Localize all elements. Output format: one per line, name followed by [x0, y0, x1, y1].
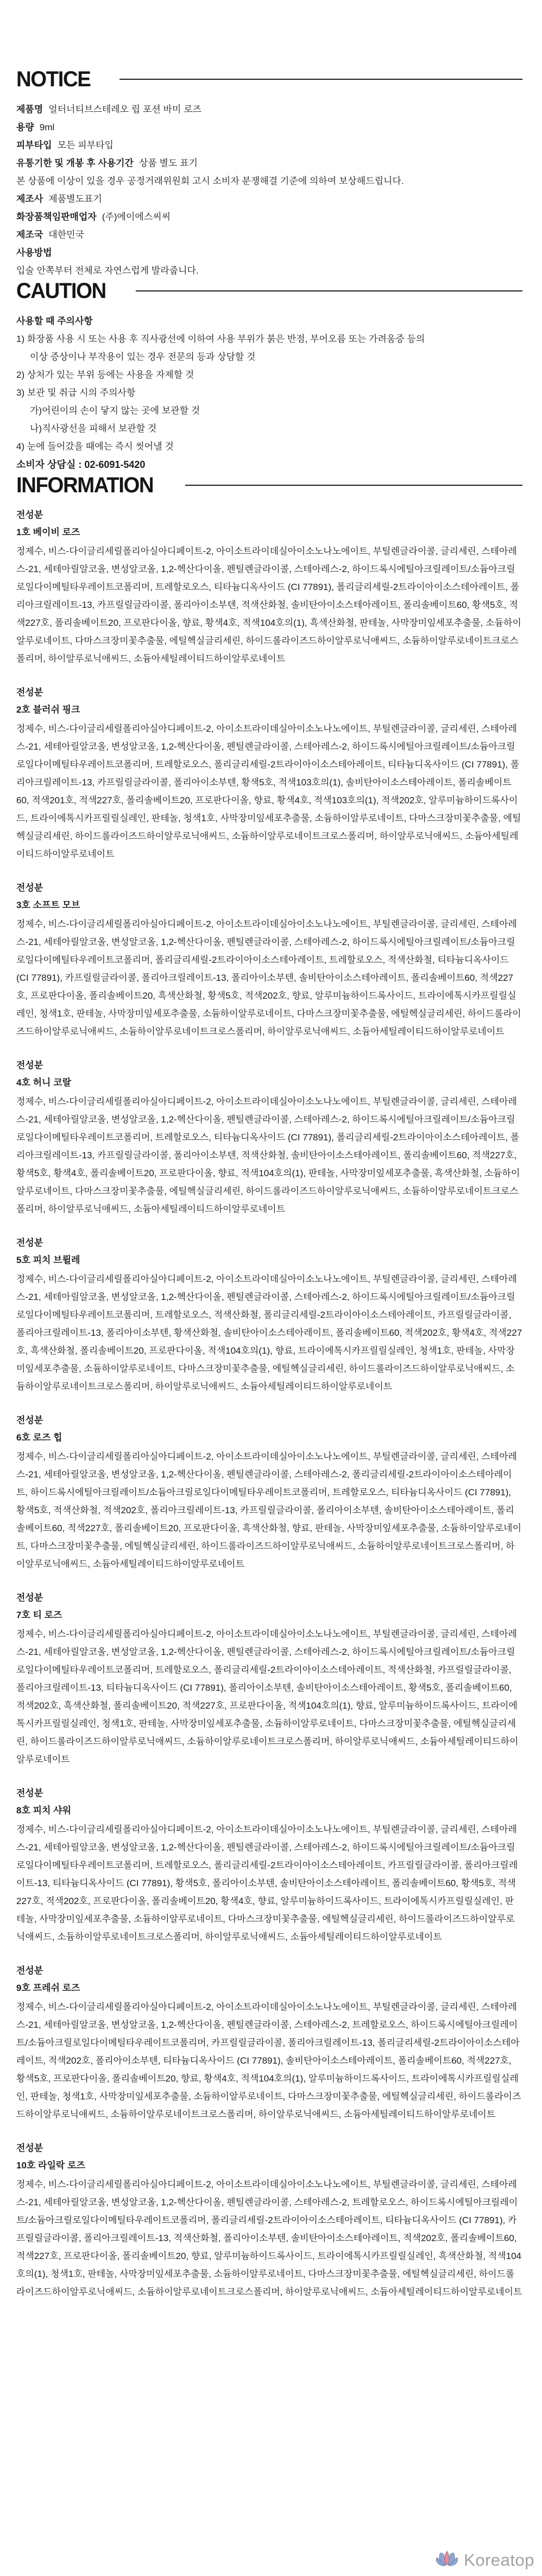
ingredients-label: 전성분: [16, 2140, 522, 2157]
customer-service-phone: 소비자 상담실 : 02-6091-5420: [16, 455, 522, 474]
notice-row-compensation: 본 상품에 이상이 있을 경우 공정거래위원회 고시 소비자 분쟁해결 기준에 …: [16, 172, 522, 190]
caution-item-1-cont: 이상 증상이나 부작용이 있는 경우 전문의 등과 상담할 것: [16, 348, 522, 366]
notice-header: NOTICE: [16, 68, 522, 91]
ingredients-text: 정제수, 비스-다이글리세릴폴리아실아디페이트-2, 아이소트라이데실아이소노나…: [16, 1093, 522, 1218]
ingredients-block-6: 전성분 6호 로즈 힙 정제수, 비스-다이글리세릴폴리아실아디페이트-2, 아…: [16, 1412, 522, 1573]
row-value: 상품 별도 표기: [139, 158, 198, 168]
row-label: 제조사: [16, 194, 43, 204]
ingredients-text: 정제수, 비스-다이글리세릴폴리아실아디페이트-2, 아이소트라이데실아이소노나…: [16, 1448, 522, 1573]
row-label: 피부타입: [16, 140, 52, 150]
shade-name: 3호 소프트 모브: [16, 897, 522, 914]
information-divider-line: [185, 485, 522, 486]
notice-divider-line: [119, 79, 522, 80]
information-title: INFORMATION: [16, 474, 153, 497]
shade-name: 5호 피치 브륄레: [16, 1252, 522, 1269]
shade-name: 8호 피치 샤워: [16, 1802, 522, 1819]
shade-name: 6호 로즈 힙: [16, 1429, 522, 1446]
notice-title: NOTICE: [16, 68, 90, 91]
shade-name: 9호 프레쉬 로즈: [16, 1979, 522, 1997]
row-label: 제조국: [16, 230, 43, 240]
row-value: 본 상품에 이상이 있을 경우 공정거래위원회 고시 소비자 분쟁해결 기준에 …: [16, 176, 404, 186]
shade-name: 2호 블러쉬 핑크: [16, 701, 522, 719]
row-label: 유통기한 및 개봉 후 사용기간: [16, 158, 134, 168]
caution-item-1: 1) 화장품 사용 시 또는 사용 후 직사광선에 이하여 사용 부위가 붉은 …: [16, 330, 522, 348]
notice-row-manufacturer: 제조사제품별도표기: [16, 190, 522, 208]
shade-name: 4호 허니 코랄: [16, 1074, 522, 1092]
ingredients-text: 정제수, 비스-다이글리세릴폴리아실아디페이트-2, 아이소트라이데실아이소노나…: [16, 542, 522, 668]
caution-item-3a: 가)어린이의 손이 닿지 않는 곳에 보관할 것: [16, 402, 522, 420]
notice-section: NOTICE 제품명얼터너티브스테레오 립 포션 바미 로즈 용량9ml 피부타…: [16, 68, 522, 280]
caution-item-2: 2) 상처가 있는 부위 등에는 사용을 자제할 것: [16, 366, 522, 384]
notice-row-usage-label: 사용방법: [16, 244, 522, 262]
notice-row-product-name: 제품명얼터너티브스테레오 립 포션 바미 로즈: [16, 100, 522, 118]
koreatop-watermark: Koreatop: [435, 2550, 534, 2569]
caution-divider-line: [136, 290, 522, 291]
ingredients-block-8: 전성분 8호 피치 샤워 정제수, 비스-다이글리세릴폴리아실아디페이트-2, …: [16, 1785, 522, 1946]
row-label: 용량: [16, 122, 34, 132]
information-section: INFORMATION 전성분 1호 베이비 로즈 정제수, 비스-다이글리세릴…: [16, 474, 522, 2301]
ingredients-label: 전성분: [16, 1234, 522, 1252]
ingredients-block-10: 전성분 10호 라일락 로즈 정제수, 비스-다이글리세릴폴리아실아디페이트-2…: [16, 2140, 522, 2301]
notice-row-expiry: 유통기한 및 개봉 후 사용기간상품 별도 표기: [16, 154, 522, 172]
notice-row-country: 제조국대한민국: [16, 226, 522, 244]
row-value: 9ml: [40, 122, 54, 132]
row-value: 모든 피부타입: [58, 140, 114, 150]
ingredients-text: 정제수, 비스-다이글리세릴폴리아실아디페이트-2, 아이소트라이데실아이소노나…: [16, 1625, 522, 1768]
ingredients-label: 전성분: [16, 506, 522, 524]
ingredients-block-2: 전성분 2호 블러쉬 핑크 정제수, 비스-다이글리세릴폴리아실아디페이트-2,…: [16, 684, 522, 863]
ingredients-label: 전성분: [16, 879, 522, 897]
notice-row-skin-type: 피부타입모든 피부타입: [16, 136, 522, 154]
notice-row-seller: 화장품책임판매업자(주)에이에스씨씨: [16, 208, 522, 226]
ingredients-label: 전성분: [16, 1785, 522, 1802]
ingredients-text: 정제수, 비스-다이글리세릴폴리아실아디페이트-2, 아이소트라이데실아이소노나…: [16, 1820, 522, 1946]
notice-row-volume: 용량9ml: [16, 118, 522, 136]
ingredients-label: 전성분: [16, 684, 522, 701]
caution-section: CAUTION 사용할 때 주의사항 1) 화장품 사용 시 또는 사용 후 직…: [16, 280, 522, 474]
shade-name: 1호 베이비 로즈: [16, 524, 522, 541]
ingredients-block-5: 전성분 5호 피치 브륄레 정제수, 비스-다이글리세릴폴리아실아디페이트-2,…: [16, 1234, 522, 1395]
ingredients-text: 정제수, 비스-다이글리세릴폴리아실아디페이트-2, 아이소트라이데실아이소노나…: [16, 915, 522, 1040]
ingredients-label: 전성분: [16, 1589, 522, 1607]
ingredients-label: 전성분: [16, 1412, 522, 1429]
ingredients-block-9: 전성분 9호 프레쉬 로즈 정제수, 비스-다이글리세릴폴리아실아디페이트-2,…: [16, 1962, 522, 2123]
shade-name: 10호 라일락 로즈: [16, 2157, 522, 2174]
caution-item-4: 4) 눈에 들어갔을 때에는 즉시 씻어낼 것: [16, 437, 522, 455]
caution-title: CAUTION: [16, 280, 106, 302]
caution-item-3: 3) 보관 및 취급 시의 주의사항: [16, 384, 522, 402]
ingredients-text: 정제수, 비스-다이글리세릴폴리아실아디페이트-2, 아이소트라이데실아이소노나…: [16, 720, 522, 863]
row-label: 제품명: [16, 104, 43, 115]
product-info-page: NOTICE 제품명얼터너티브스테레오 립 포션 바미 로즈 용량9ml 피부타…: [0, 0, 542, 2576]
notice-row-usage-text: 입술 안쪽부터 전체로 자연스럽게 발라줍니다.: [16, 262, 522, 280]
ingredients-label: 전성분: [16, 1962, 522, 1979]
brand-name: Koreatop: [464, 2552, 534, 2568]
caution-subheading: 사용할 때 주의사항: [16, 312, 522, 330]
information-header: INFORMATION: [16, 474, 522, 497]
ingredients-block-3: 전성분 3호 소프트 모브 정제수, 비스-다이글리세릴폴리아실아디페이트-2,…: [16, 879, 522, 1040]
ingredients-text: 정제수, 비스-다이글리세릴폴리아실아디페이트-2, 아이소트라이데실아이소노나…: [16, 1998, 522, 2123]
row-label: 사용방법: [16, 248, 52, 258]
row-label: 화장품책임판매업자: [16, 212, 97, 222]
shade-name: 7호 티 로즈: [16, 1607, 522, 1624]
ingredients-text: 정제수, 비스-다이글리세릴폴리아실아디페이트-2, 아이소트라이데실아이소노나…: [16, 2175, 522, 2301]
row-value: 대한민국: [48, 230, 84, 240]
ingredients-label: 전성분: [16, 1057, 522, 1074]
ingredients-block-7: 전성분 7호 티 로즈 정제수, 비스-다이글리세릴폴리아실아디페이트-2, 아…: [16, 1589, 522, 1768]
ingredients-block-1: 전성분 1호 베이비 로즈 정제수, 비스-다이글리세릴폴리아실아디페이트-2,…: [16, 506, 522, 668]
lotus-icon: [435, 2550, 459, 2569]
row-value: 얼터너티브스테레오 립 포션 바미 로즈: [48, 104, 201, 115]
ingredients-block-4: 전성분 4호 허니 코랄 정제수, 비스-다이글리세릴폴리아실아디페이트-2, …: [16, 1057, 522, 1218]
ingredients-text: 정제수, 비스-다이글리세릴폴리아실아디페이트-2, 아이소트라이데실아이소노나…: [16, 1270, 522, 1395]
row-value: (주)에이에스씨씨: [102, 212, 171, 222]
row-value: 제품별도표기: [48, 194, 102, 204]
row-value: 입술 안쪽부터 전체로 자연스럽게 발라줍니다.: [16, 265, 199, 276]
caution-item-3b: 나)직사광선을 피해서 보관할 것: [16, 420, 522, 437]
caution-header: CAUTION: [16, 280, 522, 302]
